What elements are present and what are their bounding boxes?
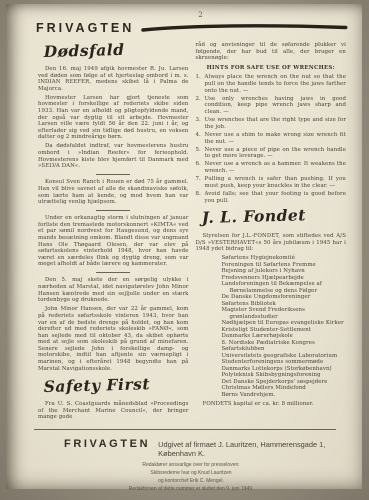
- obituary-paragraph-5: Under en orkanagtig storm i slutningen a…: [38, 215, 189, 268]
- imprint-details: Redaktører ansvarlige over for presselov…: [84, 461, 298, 493]
- hint-item: 8.Avoid falls; see that your footing is …: [196, 191, 347, 204]
- footer-publisher: Udgivet af firmaet J. Lauritzen, Hammere…: [158, 440, 346, 458]
- masthead-title: FRIVAGTEN: [36, 21, 134, 35]
- imprint-line: Redaktører ansvarlige over for presselov…: [84, 461, 298, 469]
- imprint-line: og kontorchef Erik C. Mengel.: [84, 477, 298, 485]
- dodsfald-heading: Dødsfald: [44, 39, 189, 62]
- fondet-grant-list: Søfartens Hygiejnekomité Foreningen til …: [222, 255, 347, 398]
- imprint-row: FRIVAGTEN Udgivet af firmaet J. Lauritze…: [64, 438, 346, 458]
- left-column: Dødsfald Den 16. maj 1949 afgik hovmeste…: [38, 42, 189, 423]
- footer-brand: FRIVAGTEN: [64, 438, 150, 450]
- section-divider: [96, 174, 130, 175]
- grant-item: Magister Svend Frederiksens grønlandsstu…: [222, 307, 347, 320]
- safety-first-heading: Safety First: [44, 374, 189, 397]
- obituary-paragraph-1: Den 16. maj 1949 afgik hovmester R. Ju. …: [38, 66, 189, 92]
- right-column: råd og anvisninger til de søfarende pluk…: [196, 42, 347, 410]
- hint-item: 3.Use wrenches that are the right type a…: [196, 117, 347, 130]
- grant-item: Nødhjælpen til Europas evangeliske Kirke…: [222, 320, 347, 326]
- obituary-paragraph-2: Hovmester Larsen har gjort tjeneste som …: [38, 95, 189, 141]
- page-number: 2: [198, 11, 202, 19]
- hint-item: 1.Always place the wrench on the nut so …: [196, 74, 347, 94]
- section-divider: [96, 272, 130, 273]
- section-divider: [96, 210, 130, 211]
- footer-rule: [34, 429, 336, 430]
- masthead: FRIVAGTEN: [36, 21, 348, 35]
- hint-item: 4.Never use a shim to make wrong size wr…: [196, 132, 347, 145]
- hints-title: HINTS FOR SAFE USE OF WRENCHES:: [196, 65, 347, 72]
- safety-first-paragraph: Fra U. S. Coastguards månedsblad »Procee…: [38, 401, 189, 421]
- grant-item: Landsforeningen til Bekæmpelse af Børnel…: [222, 281, 347, 294]
- obituary-paragraph-3: Da dødsfaldet indtraf, var hovmesterens …: [38, 143, 189, 169]
- obituary-paragraph-4: Konsul Sven Ranch i Rouen er død 75 år g…: [38, 179, 189, 205]
- fondet-capital-line: FONDETS kapital er ca. kr. 8 millioner.: [196, 401, 347, 408]
- obituary-paragraph-6: Den 5. maj skete der en sørgelig ulykke …: [38, 277, 189, 303]
- grant-item: Børns Vandrehjem.: [222, 392, 347, 398]
- imprint-line: Skibsrederne Ivar og Knud Lauritzen: [84, 469, 298, 477]
- imprint-line: Redaktionen af dette nummer er sluttet d…: [84, 485, 298, 493]
- hint-item: 5.Never use a piece of pipe on the wrenc…: [196, 147, 347, 160]
- jl-fondet-intro: Styrelsen for J.L.-FONDET, som stiftedes…: [196, 233, 347, 253]
- scanned-page: 2 FRIVAGTEN Dødsfald Den 16. maj 1949 af…: [6, 4, 362, 489]
- page-columns: Dødsfald Den 16. maj 1949 afgik hovmeste…: [6, 35, 362, 423]
- imprint-footer: FRIVAGTEN Udgivet af firmaet J. Lauritze…: [6, 429, 362, 493]
- hint-item: 6.Never use a wrench as a hammer. It wea…: [196, 161, 347, 174]
- header-rule: [141, 23, 348, 33]
- hint-item: 7.Pulling a wrench is safer than pushing…: [196, 176, 347, 189]
- obituary-paragraph-7: John Minor Hansen, der var 22 år gammel,…: [38, 306, 189, 372]
- hint-item: 2.Use only wrenches having jaws in good …: [196, 96, 347, 116]
- jl-fondet-heading: J. L. Fondet: [201, 205, 346, 228]
- safety-continuation: råd og anvisninger til de søfarende pluk…: [196, 42, 347, 62]
- hints-list: 1.Always place the wrench on the nut so …: [196, 74, 347, 204]
